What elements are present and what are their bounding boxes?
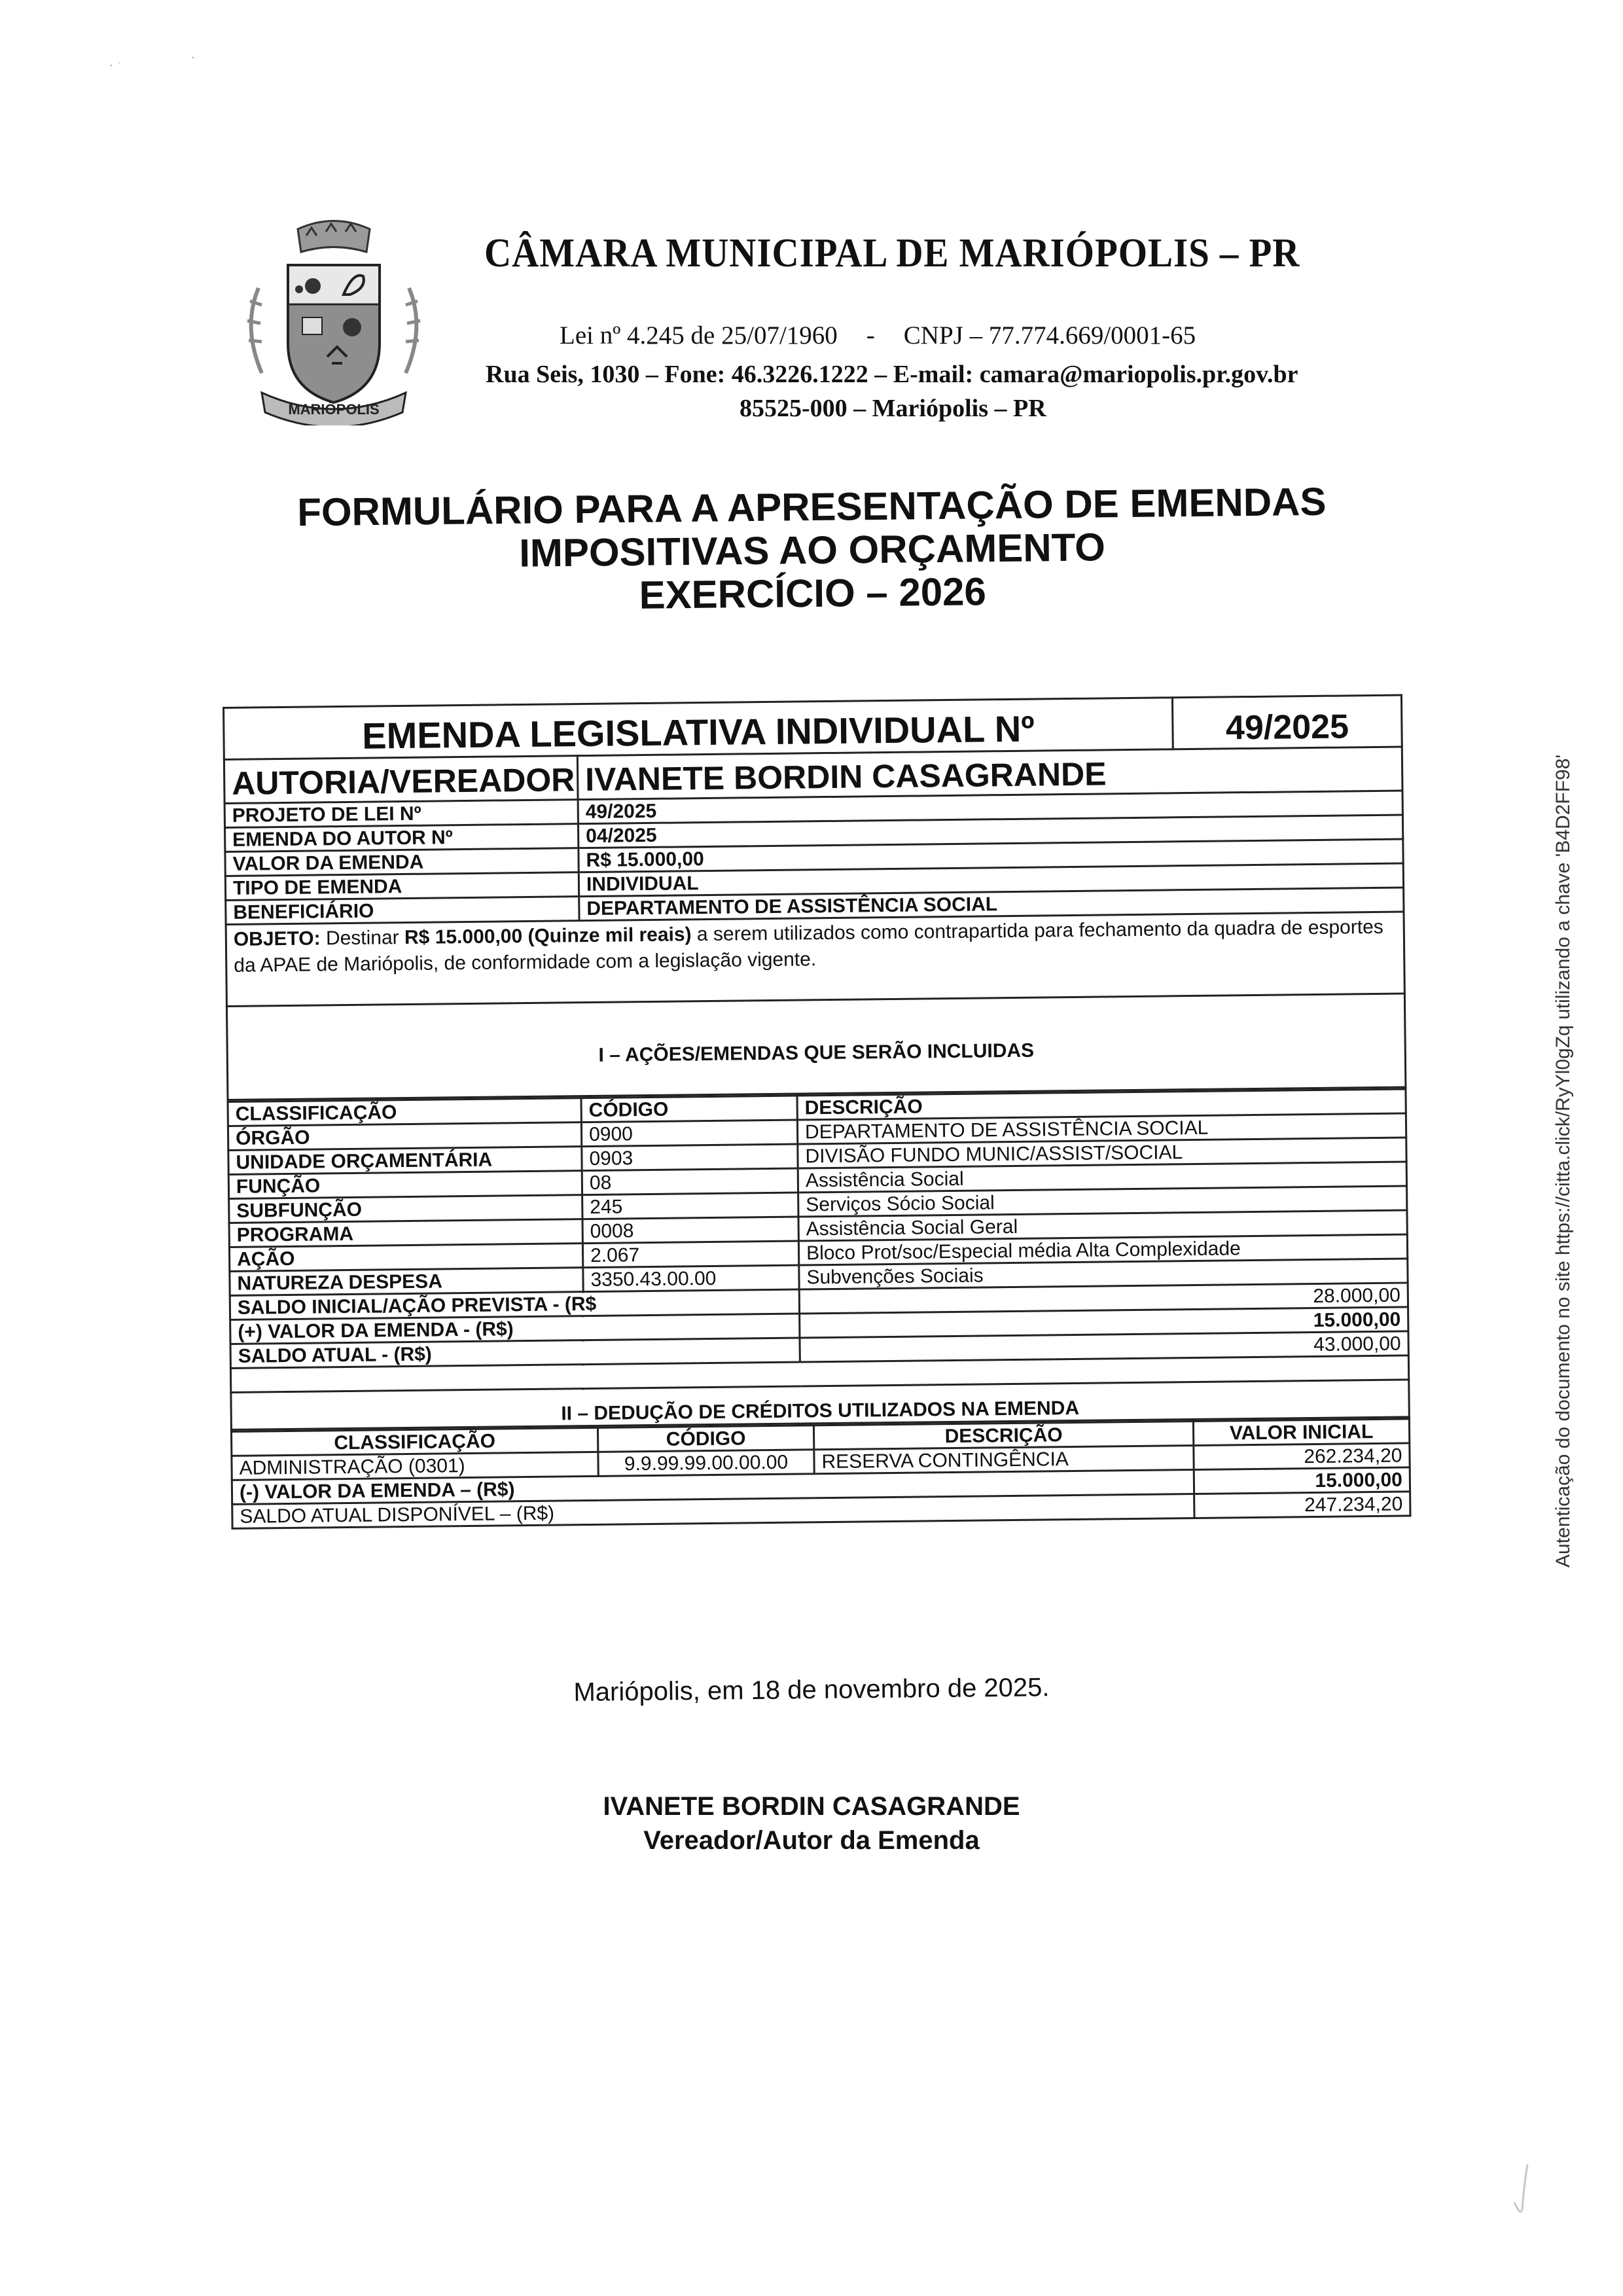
total-value: 15.000,00 <box>1194 1467 1410 1494</box>
municipal-coat-of-arms-logo: MARIÓPOLIS <box>236 216 432 425</box>
svg-text:MARIÓPOLIS: MARIÓPOLIS <box>288 401 379 418</box>
col-valor-inicial: VALOR INICIAL <box>1193 1419 1409 1446</box>
classificacao-cell: AÇÃO <box>229 1244 582 1272</box>
classificacao-cell: FUNÇÃO <box>228 1171 582 1199</box>
classificacao-cell: SUBFUNÇÃO <box>229 1195 582 1223</box>
classificacao-cell: NATUREZA DESPESA <box>230 1268 583 1296</box>
codigo-cell: 9.9.99.99.00.00.00 <box>598 1450 814 1477</box>
classificacao-cell: ÓRGÃO <box>228 1122 581 1151</box>
section-1-title: I – AÇÕES/EMENDAS QUE SERÃO INCLUIDAS <box>226 994 1405 1100</box>
descricao-cell: RESERVA CONTINGÊNCIA <box>814 1446 1194 1474</box>
classificacao-cell: PROGRAMA <box>229 1219 582 1247</box>
institution-cep: 85525-000 – Mariópolis – PR <box>740 394 1046 423</box>
col-classificacao: CLASSIFICAÇÃO <box>228 1098 581 1126</box>
pen-mark-icon <box>1512 2163 1531 2219</box>
section-1-table: CLASSIFICAÇÃO CÓDIGO DESCRIÇÃO ÓRGÃO0900… <box>227 1088 1410 1430</box>
institution-name: CÂMARA MUNICIPAL DE MARIÓPOLIS – PR <box>484 230 1300 277</box>
cnpj: CNPJ – 77.774.669/0001-65 <box>904 321 1196 350</box>
codigo-cell: 2.067 <box>582 1241 798 1268</box>
institution-address: Rua Seis, 1030 – Fone: 46.3226.1222 – E-… <box>486 360 1298 389</box>
objeto-value: R$ 15.000,00 (Quinze mil reais) <box>404 924 692 948</box>
amendment-number: 49/2025 <box>1172 695 1402 749</box>
codigo-cell: 08 <box>582 1168 798 1195</box>
col-classificacao: CLASSIFICAÇÃO <box>231 1427 597 1456</box>
codigo-cell: 0903 <box>582 1144 798 1171</box>
field-label: TIPO DE EMENDA <box>225 872 579 901</box>
objeto-text-1: Destinar <box>320 927 404 949</box>
amendment-fields: PROJETO DE LEI Nº49/2025EMENDA DO AUTOR … <box>224 791 1404 924</box>
valor-cell: 262.234,20 <box>1194 1443 1410 1470</box>
scan-speck-icon <box>105 52 196 72</box>
place-and-date: Mariópolis, em 18 de novembro de 2025. <box>0 1667 1623 1713</box>
field-label: BENEFICIÁRIO <box>226 897 579 925</box>
classificacao-cell: UNIDADE ORÇAMENTÁRIA <box>228 1147 582 1175</box>
field-label: EMENDA DO AUTOR Nº <box>224 824 578 852</box>
codigo-cell: 3350.43.00.00 <box>583 1265 799 1292</box>
col-codigo: CÓDIGO <box>597 1426 813 1452</box>
signer-name: IVANETE BORDIN CASAGRANDE <box>0 1792 1623 1821</box>
codigo-cell: 245 <box>582 1193 798 1219</box>
codigo-cell: 0008 <box>582 1217 798 1244</box>
coat-of-arms-icon: MARIÓPOLIS <box>236 216 432 425</box>
form-title: FORMULÁRIO PARA A APRESENTAÇÃO DE EMENDA… <box>0 477 1623 624</box>
signer-role: Vereador/Autor da Emenda <box>0 1826 1623 1856</box>
institution-law-cnpj: Lei nº 4.245 de 25/07/1960-CNPJ – 77.774… <box>560 321 1196 350</box>
field-label: VALOR DA EMENDA <box>225 848 579 876</box>
authentication-notice: Autenticação do documento no site https:… <box>1552 755 1575 1568</box>
col-codigo: CÓDIGO <box>581 1096 797 1122</box>
objeto-cell: OBJETO: Destinar R$ 15.000,00 (Quinze mi… <box>226 912 1404 1006</box>
classificacao-cell: ADMINISTRAÇÃO (0301) <box>232 1452 598 1480</box>
col-descricao: DESCRIÇÃO <box>813 1422 1193 1450</box>
objeto-label: OBJETO: <box>234 927 321 950</box>
amendment-form: EMENDA LEGISLATIVA INDIVIDUAL Nº 49/2025… <box>223 694 1409 1530</box>
creation-law: Lei nº 4.245 de 25/07/1960 <box>560 321 838 350</box>
total-value: 247.234,20 <box>1194 1492 1410 1518</box>
section-2-table: CLASSIFICAÇÃO CÓDIGO DESCRIÇÃO VALOR INI… <box>230 1418 1412 1530</box>
separator: - <box>866 321 875 350</box>
codigo-cell: 0900 <box>581 1120 797 1147</box>
field-label: PROJETO DE LEI Nº <box>224 800 578 828</box>
amendment-header-table: EMENDA LEGISLATIVA INDIVIDUAL Nº 49/2025… <box>223 694 1406 1100</box>
author-label: AUTORIA/VEREADOR <box>224 756 578 804</box>
